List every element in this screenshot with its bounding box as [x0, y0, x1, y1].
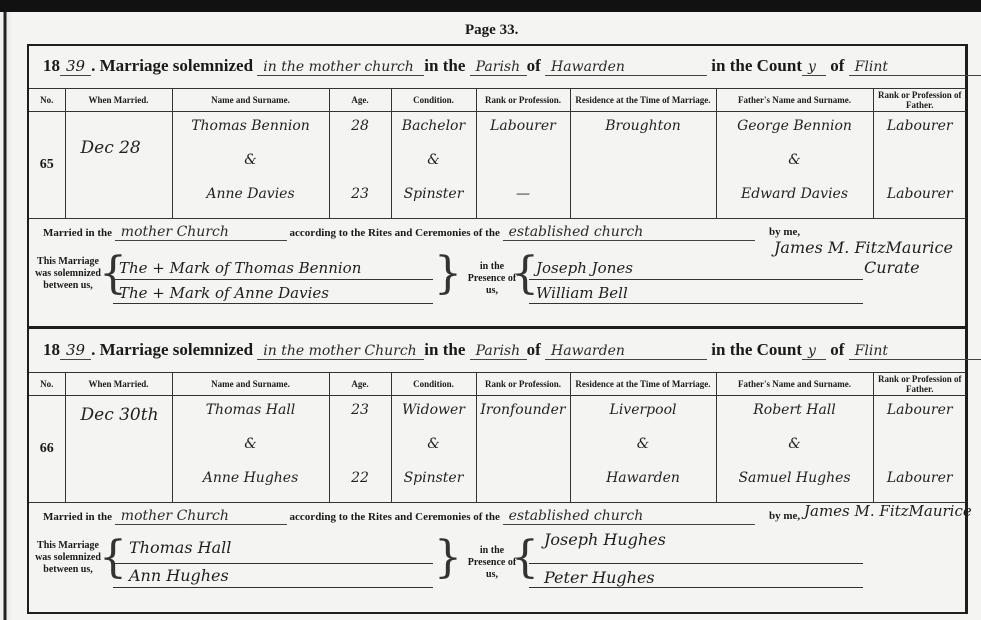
- entry-heading: 1839. Marriage solemnized in the mother …: [43, 340, 981, 360]
- label-according-to: according to the Rites and Ceremonies of…: [290, 511, 500, 523]
- entry-heading: 1839. Marriage solemnized in the mother …: [43, 56, 981, 76]
- label-in-the-county: in the Count: [711, 56, 802, 75]
- label-county-of: of: [830, 340, 844, 359]
- col-rank: Rank or Profession.: [476, 89, 570, 112]
- col-residence: Residence at the Time of Marriage.: [570, 373, 716, 396]
- right-brace: }: [434, 536, 462, 580]
- col-no: No.: [29, 89, 65, 112]
- father-name-cell: George Bennion & Edward Davies: [716, 112, 873, 219]
- ages-cell: 23 22: [329, 396, 391, 503]
- condition-cell: Widower & Spinster: [391, 396, 476, 503]
- officiant-signature: James M. FitzMaurice: [804, 502, 972, 520]
- groom-age: 23: [351, 402, 369, 418]
- label-county-of: of: [830, 56, 844, 75]
- year-suffix: 39: [60, 57, 91, 76]
- col-when-married: When Married.: [65, 373, 172, 396]
- bride-residence: Hawarden: [606, 470, 680, 486]
- signature-line: [529, 587, 863, 588]
- rites-field: established church: [503, 224, 755, 241]
- married-in-field: mother Church: [115, 224, 287, 241]
- rites-field: established church: [503, 508, 755, 525]
- father-rank-cell: Labourer Labourer: [873, 396, 966, 503]
- col-age: Age.: [329, 89, 391, 112]
- marriage-entry-65: 1839. Marriage solemnized in the mother …: [29, 46, 966, 326]
- when-married: Dec 30th: [67, 397, 171, 425]
- bride-name: Anne Davies: [206, 186, 294, 202]
- place-field: in the mother Church: [257, 343, 424, 360]
- groom-condition: Bachelor: [402, 118, 465, 134]
- col-father-rank: Rank or Profession of Father.: [873, 373, 966, 396]
- county-suffix: y: [802, 59, 826, 76]
- label-by-me: by me,: [769, 510, 800, 522]
- table-row: 66 Dec 30th Thomas Hall & Anne Hughes 23…: [29, 396, 966, 503]
- connector: &: [244, 152, 256, 168]
- label-by-me: by me,: [769, 226, 800, 238]
- year-prefix: 18: [43, 340, 60, 359]
- witness-signature-2: William Bell: [536, 284, 628, 302]
- label-of: of: [527, 340, 541, 359]
- married-in-field: mother Church: [115, 508, 287, 525]
- label-in-the-county: in the Count: [711, 340, 802, 359]
- bride-father-profession: Labourer: [887, 470, 953, 486]
- connector: &: [788, 152, 800, 168]
- col-no: No.: [29, 373, 65, 396]
- col-condition: Condition.: [391, 373, 476, 396]
- married-in-line: Married in the mother Church according t…: [43, 224, 755, 241]
- bride-father: Samuel Hughes: [738, 470, 850, 486]
- col-name: Name and Surname.: [172, 373, 329, 396]
- rank-cell: Ironfounder: [476, 396, 570, 503]
- col-name: Name and Surname.: [172, 89, 329, 112]
- names-cell: Thomas Bennion & Anne Davies: [172, 112, 329, 219]
- bride-profession: —: [516, 186, 530, 202]
- county-suffix: y: [802, 343, 826, 360]
- place-field: in the mother church: [257, 59, 424, 76]
- residence-cell: Broughton: [570, 112, 716, 219]
- parish-word: Parish: [470, 59, 527, 76]
- column-headers: No. When Married. Name and Surname. Age.…: [29, 89, 966, 112]
- ages-cell: 28 23: [329, 112, 391, 219]
- groom-residence: Broughton: [605, 118, 680, 134]
- father-rank-cell: Labourer Labourer: [873, 112, 966, 219]
- bride-condition: Spinster: [404, 186, 464, 202]
- couple-signature-1: Thomas Hall: [129, 538, 231, 557]
- col-when-married: When Married.: [65, 89, 172, 112]
- rank-cell: Labourer —: [476, 112, 570, 219]
- col-residence: Residence at the Time of Marriage.: [570, 89, 716, 112]
- connector: &: [427, 152, 439, 168]
- register-table: No. When Married. Name and Surname. Age.…: [29, 372, 966, 503]
- groom-father: George Bennion: [737, 118, 852, 134]
- groom-father: Robert Hall: [753, 402, 836, 418]
- year-suffix: 39: [60, 341, 91, 360]
- when-married-cell: Dec 30th: [65, 396, 172, 503]
- right-brace: }: [434, 252, 462, 296]
- label-of: of: [527, 56, 541, 75]
- signature-line: [113, 587, 433, 588]
- county-field: Flint: [849, 59, 981, 76]
- table-row: 65 Dec 28 Thomas Bennion & Anne Davies 2…: [29, 112, 966, 219]
- condition-cell: Bachelor & Spinster: [391, 112, 476, 219]
- parish-field: Hawarden: [545, 343, 707, 360]
- groom-profession: Labourer: [490, 118, 556, 134]
- couple-signature-2: Ann Hughes: [129, 566, 229, 585]
- col-rank: Rank or Profession.: [476, 373, 570, 396]
- entry-number: 65: [29, 112, 65, 219]
- groom-name: Thomas Hall: [206, 402, 296, 418]
- groom-name: Thomas Bennion: [191, 118, 310, 134]
- groom-condition: Widower: [402, 402, 465, 418]
- connector: &: [427, 436, 439, 452]
- left-brace: {: [511, 536, 539, 580]
- column-headers: No. When Married. Name and Surname. Age.…: [29, 373, 966, 396]
- col-condition: Condition.: [391, 89, 476, 112]
- label-according-to: according to the Rites and Ceremonies of…: [290, 227, 500, 239]
- col-father-name: Father's Name and Surname.: [716, 373, 873, 396]
- label-married-in: Married in the: [43, 511, 112, 523]
- page-title: Page 33.: [465, 22, 518, 39]
- marriage-entry-66: 1839. Marriage solemnized in the mother …: [29, 330, 966, 612]
- signature-line: [529, 563, 863, 564]
- bride-age: 23: [351, 186, 369, 202]
- entry-separator: [29, 326, 966, 329]
- label-in-the: in the: [424, 340, 465, 359]
- bride-condition: Spinster: [404, 470, 464, 486]
- label-marriage-solemnized: Marriage solemnized: [100, 56, 253, 75]
- residence-cell: Liverpool & Hawarden: [570, 396, 716, 503]
- groom-age: 28: [351, 118, 369, 134]
- names-cell: Thomas Hall & Anne Hughes: [172, 396, 329, 503]
- col-father-rank: Rank or Profession of Father.: [873, 89, 966, 112]
- witness-signature-1: Joseph Hughes: [544, 530, 666, 549]
- witness-signature-2: Peter Hughes: [544, 568, 655, 587]
- connector: &: [788, 436, 800, 452]
- father-name-cell: Robert Hall & Samuel Hughes: [716, 396, 873, 503]
- officiant-signature: James M. FitzMaurice: [774, 238, 953, 257]
- when-married: Dec 28: [67, 113, 171, 158]
- when-married-cell: Dec 28: [65, 112, 172, 219]
- couple-signature-2: The + Mark of Anne Davies: [119, 284, 329, 302]
- label-solemnized-between: This Marriage was solemnized between us,: [35, 256, 101, 292]
- groom-residence: Liverpool: [610, 402, 677, 418]
- label-in-the: in the: [424, 56, 465, 75]
- parish-field: Hawarden: [545, 59, 707, 76]
- connector: &: [244, 436, 256, 452]
- county-field: Flint: [849, 343, 981, 360]
- married-in-line: Married in the mother Church according t…: [43, 508, 755, 525]
- signature-line: [113, 303, 433, 304]
- book-binding-edge: [0, 12, 12, 620]
- bride-father-profession: Labourer: [887, 186, 953, 202]
- left-brace: {: [511, 252, 539, 296]
- col-age: Age.: [329, 373, 391, 396]
- officiant-title: Curate: [864, 258, 920, 277]
- signature-line: [529, 279, 863, 280]
- parish-word: Parish: [470, 343, 527, 360]
- register-table: No. When Married. Name and Surname. Age.…: [29, 88, 966, 219]
- scan-top-edge: [0, 0, 981, 12]
- signature-line: [113, 563, 433, 564]
- groom-father-profession: Labourer: [887, 118, 953, 134]
- connector: &: [637, 436, 649, 452]
- year-prefix: 18: [43, 56, 60, 75]
- col-father-name: Father's Name and Surname.: [716, 89, 873, 112]
- label-solemnized-between: This Marriage was solemnized between us,: [35, 540, 101, 576]
- signature-line: [113, 279, 433, 280]
- label-marriage-solemnized: Marriage solemnized: [100, 340, 253, 359]
- label-married-in: Married in the: [43, 227, 112, 239]
- groom-father-profession: Labourer: [887, 402, 953, 418]
- signature-line: [529, 303, 863, 304]
- left-brace: {: [99, 536, 127, 580]
- bride-name: Anne Hughes: [203, 470, 299, 486]
- bride-age: 22: [351, 470, 369, 486]
- witness-signature-1: Joseph Jones: [536, 259, 633, 277]
- groom-profession: Ironfounder: [480, 402, 565, 418]
- bride-father: Edward Davies: [741, 186, 848, 202]
- entry-number: 66: [29, 396, 65, 503]
- couple-signature-1: The + Mark of Thomas Bennion: [119, 259, 361, 277]
